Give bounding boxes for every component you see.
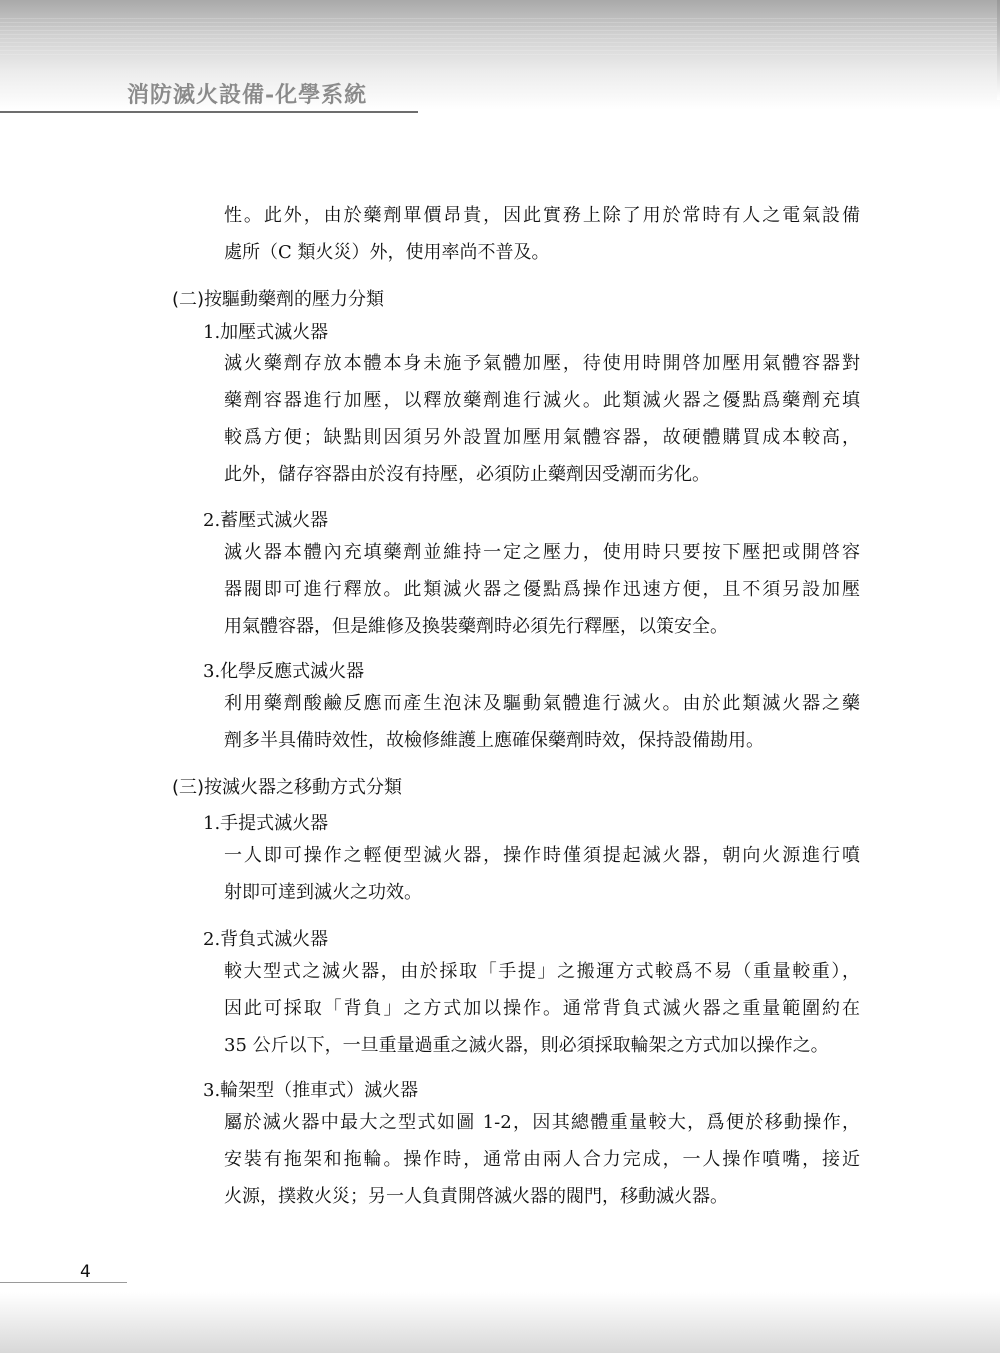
footer-divider <box>0 1282 127 1283</box>
paragraph-backpack: 較大型式之滅火器，由於採取「手提」之搬運方式較爲不易（重量較重）， 因此可採取「… <box>224 953 860 1064</box>
text-line: 此外，儲存容器由於沒有持壓，必須防止藥劑因受潮而劣化。 <box>224 456 860 493</box>
paragraph-wheeled: 屬於滅火器中最大之型式如圖 1-2，因其總體重量較大，爲便於移動操作， 安裝有拖… <box>224 1104 860 1215</box>
text-line: 滅火藥劑存放本體本身未施予氣體加壓，待使用時開啓加壓用氣體容器對 <box>224 345 860 382</box>
text-line: 性。此外，由於藥劑單價昂貴，因此實務上除了用於常時有人之電氣設備 <box>224 197 860 234</box>
intro-paragraph: 性。此外，由於藥劑單價昂貴，因此實務上除了用於常時有人之電氣設備 處所（C 類火… <box>224 197 860 271</box>
paragraph-stored-pressure: 滅火器本體內充填藥劑並維持一定之壓力，使用時只要按下壓把或開啓容 器閥即可進行釋… <box>224 534 860 645</box>
section-heading-pressure: (二)按驅動藥劑的壓力分類 <box>172 285 384 311</box>
text-line: 較大型式之滅火器，由於採取「手提」之搬運方式較爲不易（重量較重）， <box>224 953 860 990</box>
text-line: 35 公斤以下，一旦重量過重之滅火器，則必須採取輪架之方式加以操作之。 <box>224 1027 860 1064</box>
text-line: 滅火器本體內充填藥劑並維持一定之壓力，使用時只要按下壓把或開啓容 <box>224 534 860 571</box>
footer-decorative-band <box>0 1292 1000 1353</box>
text-line: 器閥即可進行釋放。此類滅火器之優點爲操作迅速方便，且不須另設加壓 <box>224 571 860 608</box>
item-heading-stored-pressure: 2.蓄壓式滅火器 <box>203 506 328 532</box>
page-number: 4 <box>80 1262 91 1282</box>
paragraph-portable: 一人即可操作之輕便型滅火器，操作時僅須提起滅火器，朝向火源進行噴 射即可達到滅火… <box>224 837 860 911</box>
paragraph-chemical-reaction: 利用藥劑酸鹼反應而產生泡沫及驅動氣體進行滅火。由於此類滅火器之藥 劑多半具備時效… <box>224 685 860 759</box>
section-heading-mobility: (三)按滅火器之移動方式分類 <box>172 773 402 799</box>
text-line: 利用藥劑酸鹼反應而產生泡沫及驅動氣體進行滅火。由於此類滅火器之藥 <box>224 685 860 722</box>
text-line: 因此可採取「背負」之方式加以操作。通常背負式滅火器之重量範圍約在 <box>224 990 860 1027</box>
text-line: 安裝有拖架和拖輪。操作時，通常由兩人合力完成，一人操作噴嘴，接近 <box>224 1141 860 1178</box>
text-line: 劑多半具備時效性，故檢修維護上應確保藥劑時效，保持設備勘用。 <box>224 722 860 759</box>
text-line: 處所（C 類火災）外，使用率尚不普及。 <box>224 234 860 271</box>
item-heading-chemical-reaction: 3.化學反應式滅火器 <box>203 657 364 683</box>
text-line: 較爲方便；缺點則因須另外設置加壓用氣體容器，故硬體購買成本較高， <box>224 419 860 456</box>
item-heading-backpack: 2.背負式滅火器 <box>203 925 328 951</box>
text-line: 射即可達到滅火之功效。 <box>224 874 860 911</box>
text-line: 火源，撲救火災；另一人負責開啓滅火器的閥門，移動滅火器。 <box>224 1178 860 1215</box>
running-header-title: 消防滅火設備-化學系統 <box>127 78 367 109</box>
header-divider <box>0 111 418 113</box>
text-line: 用氣體容器，但是維修及換裝藥劑時必須先行釋壓，以策安全。 <box>224 608 860 645</box>
item-heading-pressurized: 1.加壓式滅火器 <box>203 318 328 344</box>
text-line: 一人即可操作之輕便型滅火器，操作時僅須提起滅火器，朝向火源進行噴 <box>224 837 860 874</box>
item-heading-wheeled: 3.輪架型（推車式）滅火器 <box>203 1076 418 1102</box>
text-line: 屬於滅火器中最大之型式如圖 1-2，因其總體重量較大，爲便於移動操作， <box>224 1104 860 1141</box>
paragraph-pressurized: 滅火藥劑存放本體本身未施予氣體加壓，待使用時開啓加壓用氣體容器對 藥劑容器進行加… <box>224 345 860 493</box>
item-heading-portable: 1.手提式滅火器 <box>203 809 328 835</box>
text-line: 藥劑容器進行加壓，以釋放藥劑進行滅火。此類滅火器之優點爲藥劑充填 <box>224 382 860 419</box>
